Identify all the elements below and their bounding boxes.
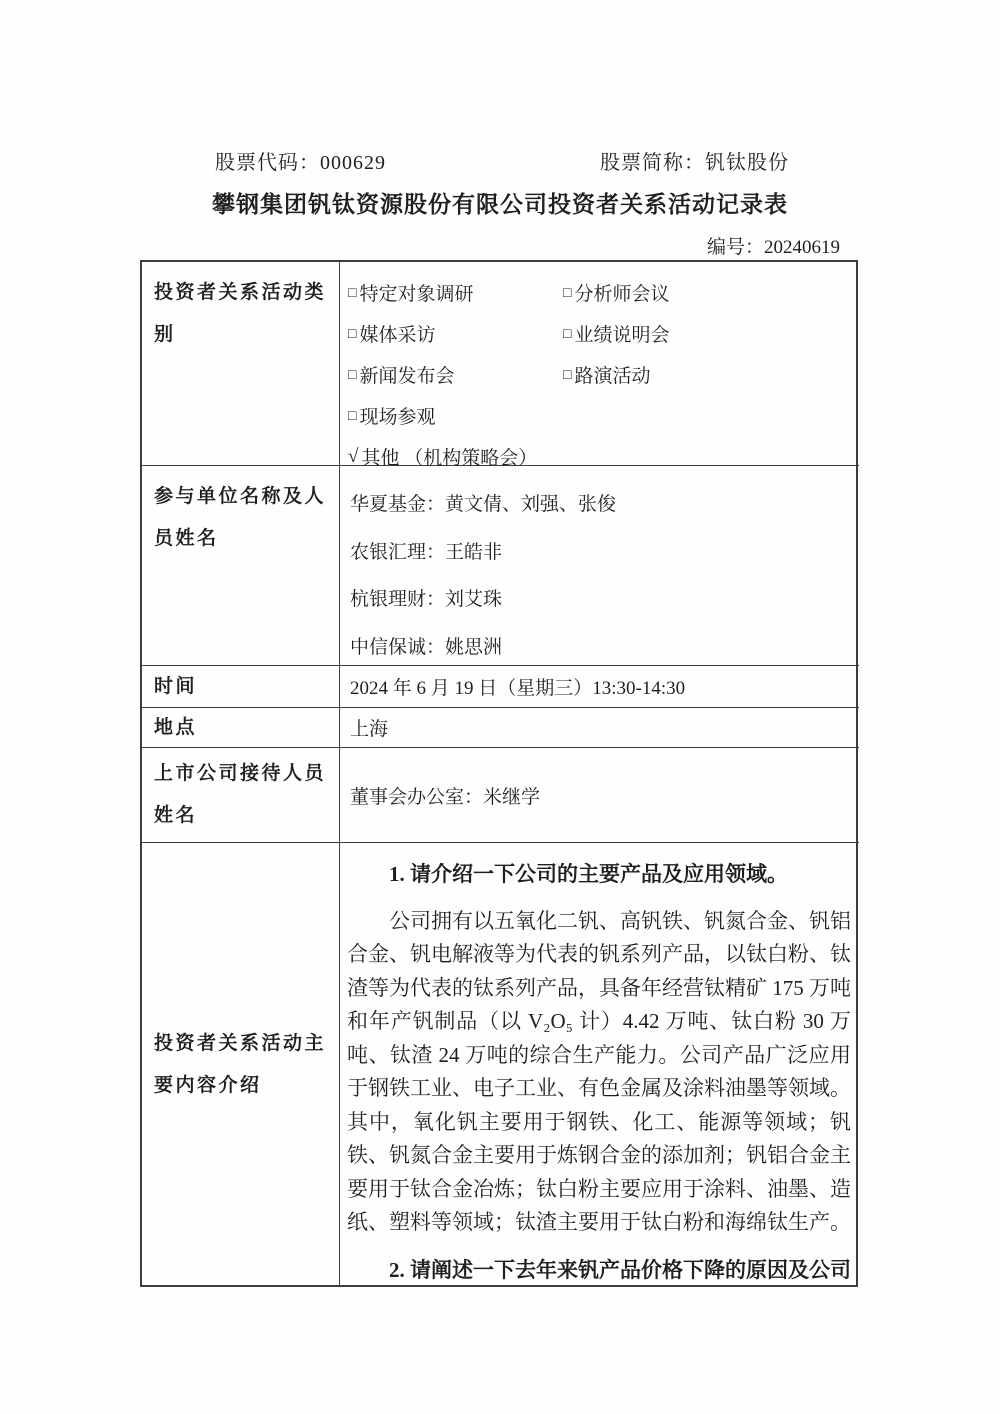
stock-code-text: 股票代码：000629 (215, 146, 386, 175)
investor-relations-table: 投资者关系活动类别 □特定对象调研 □分析师会议 □媒体采访 □业绩说明会 □新… (140, 260, 858, 1287)
activity-type-options-cell: □特定对象调研 □分析师会议 □媒体采访 □业绩说明会 □新闻发布会 □路演活动… (340, 262, 859, 466)
activity-type-option: □业绩说明会 (563, 320, 669, 347)
page-title: 攀钢集团钒钛资源股份有限公司投资者关系活动记录表 (0, 186, 1000, 219)
activity-type-label-cell: 投资者关系活动类别 (142, 262, 340, 466)
participants-label-cell: 参与单位名称及人员姓名 (142, 466, 340, 666)
activity-type-option: □媒体采访 (348, 320, 563, 347)
content-label-cell: 投资者关系活动主要内容介绍 (142, 843, 340, 1287)
participants-value-cell: 华夏基金：黄文倩、刘强、张俊 农银汇理：王皓非 杭银理财：刘艾珠 中信保诚：姚思… (340, 466, 859, 666)
stock-name-text: 股票简称：钒钛股份 (600, 146, 789, 175)
checkbox-icon: □ (563, 327, 571, 343)
place-label-cell: 地点 (142, 708, 340, 748)
activity-type-row: □媒体采访 □业绩说明会 (348, 313, 853, 354)
activity-type-row: □现场参观 (348, 395, 853, 436)
content-value-cell: 1. 请介绍一下公司的主要产品及应用领域。 公司拥有以五氧化二钒、高钒铁、钒氮合… (340, 843, 859, 1287)
activity-type-option-label: 特定对象调研 (359, 279, 473, 306)
time-label-cell: 时间 (142, 666, 340, 708)
activity-type-row: □新闻发布会 □路演活动 (348, 354, 853, 395)
activity-type-option: □特定对象调研 (348, 279, 563, 306)
doc-number-text: 编号：20240619 (0, 232, 840, 259)
activity-type-option-label: 业绩说明会 (574, 320, 669, 347)
answer-paragraph-1: 公司拥有以五氧化二钒、高钒铁、钒氮合金、钒铝合金、钒电解液等为代表的钒系列产品，… (347, 905, 851, 1240)
reception-label-cell: 上市公司接待人员姓名 (142, 748, 340, 843)
activity-type-option-label: 路演活动 (574, 361, 650, 388)
participant-line: 中信保诚：姚思洲 (350, 622, 853, 670)
question-1: 1. 请介绍一下公司的主要产品及应用领域。 (347, 858, 851, 892)
check-icon: √ (348, 446, 358, 468)
checkbox-icon: □ (563, 286, 571, 302)
place-value-cell: 上海 (340, 708, 859, 748)
participant-line: 农银汇理：王皓非 (350, 527, 853, 575)
activity-type-option: □新闻发布会 (348, 361, 563, 388)
checkbox-icon: □ (348, 286, 356, 302)
reception-value-cell: 董事会办公室：米继学 (340, 748, 859, 843)
activity-type-option: □现场参观 (348, 402, 563, 429)
participant-line: 华夏基金：黄文倩、刘强、张俊 (350, 479, 853, 527)
question-2: 2. 请阐述一下去年来钒产品价格下降的原因及公司 (347, 1254, 851, 1288)
checkbox-icon: □ (348, 368, 356, 384)
time-value-cell: 2024 年 6 月 19 日（星期三）13:30-14:30 (340, 666, 859, 708)
activity-type-option-label: 分析师会议 (574, 279, 669, 306)
checkbox-icon: □ (348, 409, 356, 425)
checkbox-icon: □ (563, 368, 571, 384)
activity-type-option-label: 媒体采访 (359, 320, 435, 347)
participant-line: 杭银理财：刘艾珠 (350, 574, 853, 622)
activity-type-option-label: 现场参观 (359, 402, 435, 429)
activity-type-row: □特定对象调研 □分析师会议 (348, 272, 853, 313)
activity-type-option: □分析师会议 (563, 279, 669, 306)
activity-type-option-label: 新闻发布会 (359, 361, 454, 388)
document-page: 股票代码：000629 股票简称：钒钛股份 攀钢集团钒钛资源股份有限公司投资者关… (0, 0, 1000, 1414)
checkbox-icon: □ (348, 327, 356, 343)
activity-type-option: □路演活动 (563, 361, 650, 388)
